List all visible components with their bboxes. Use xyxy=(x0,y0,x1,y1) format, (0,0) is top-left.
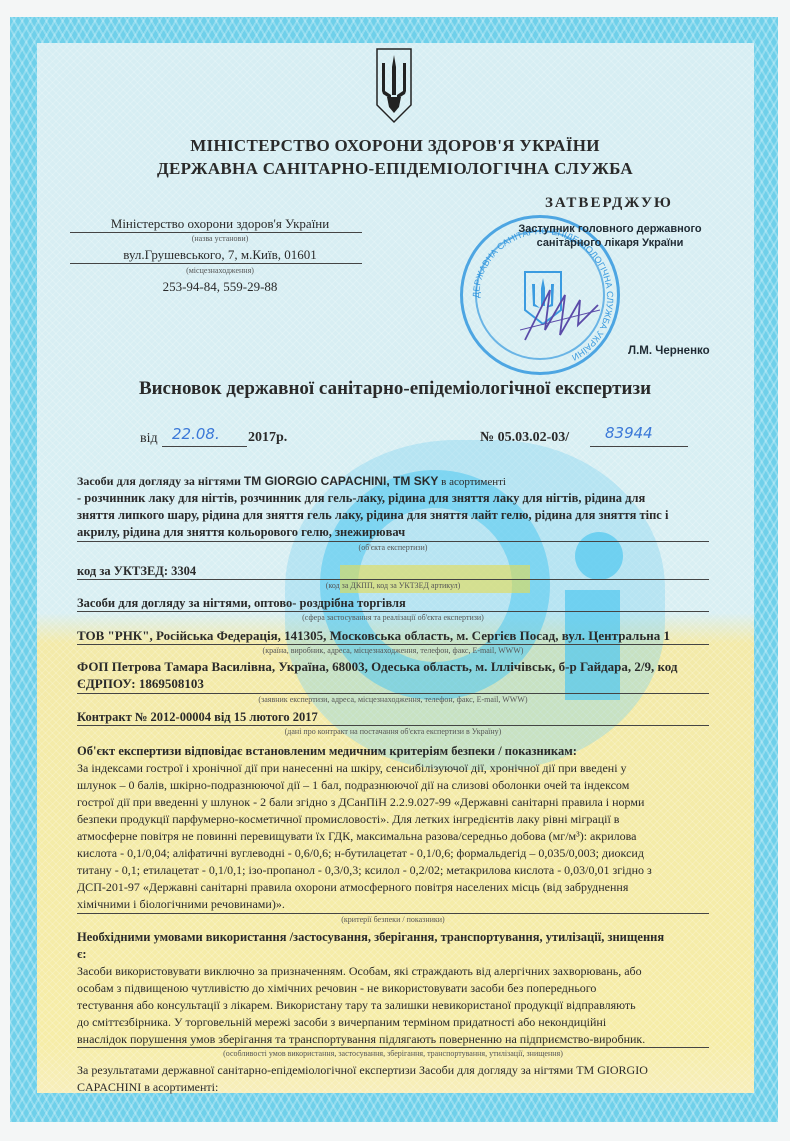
divider xyxy=(70,232,362,233)
institution-address: вул.Грушевського, 7, м.Київ, 01601 xyxy=(80,247,360,263)
divider xyxy=(77,611,709,612)
divider xyxy=(77,1047,709,1048)
date-prefix: від xyxy=(140,430,158,447)
compliance-line-3: гострої дії при введенні у шлунок - 2 ба… xyxy=(77,794,713,811)
applicant-line-2: ЄДРПОУ: 1869508103 xyxy=(77,675,713,692)
conditions-line-1: Засоби використовувати виключно за призн… xyxy=(77,963,713,980)
institution-name-caption: (назва установи) xyxy=(80,234,360,243)
signer-title: Заступник головного державного санітарно… xyxy=(500,222,720,250)
divider xyxy=(77,579,709,580)
code-caption: (код за ДКПП, код за УКТЗЕД артикул) xyxy=(77,581,709,590)
compliance-line-2: шлунок – 0 балів, шкірно-подразнюючої ді… xyxy=(77,777,713,794)
number-prefix: № 05.03.02-03/ xyxy=(480,430,569,446)
compliance-line-9: хімічними і біологічними речовинами)». xyxy=(77,896,713,913)
divider xyxy=(77,725,709,726)
institution-address-caption: (місцезнаходження) xyxy=(80,266,360,275)
conclusion-line-2: CAPACHINI в асортименті: xyxy=(77,1079,713,1096)
divider xyxy=(77,644,709,645)
compliance-line-6: кислота - 0,1/0,04; аліфатичні вуглеводн… xyxy=(77,845,713,862)
scope-caption: (сфера застосування та реалізації об'єкт… xyxy=(77,613,709,622)
service-heading: ДЕРЖАВНА САНІТАРНО-ЕПІДЕМІОЛОГІЧНА СЛУЖБ… xyxy=(0,159,790,179)
document-title: Висновок державної санітарно-епідеміолог… xyxy=(0,378,790,400)
compliance-heading: Об'єкт експертизи відповідає встановлени… xyxy=(77,743,713,760)
divider xyxy=(77,541,709,542)
contract-caption: (дані про контракт на постачання об'єкта… xyxy=(77,727,709,736)
compliance-line-5: атмосферне повітря не повинні перевищува… xyxy=(77,828,713,845)
date-year: 2017р. xyxy=(248,430,287,446)
compliance-line-4: безпеки продукції парфумерно-косметичної… xyxy=(77,811,713,828)
approval-label: ЗАТВЕРДЖУЮ xyxy=(545,195,673,212)
signer-title-line1: Заступник головного державного xyxy=(500,222,720,236)
date-handwritten: 22.08. xyxy=(172,425,220,443)
object-suffix: в асортименті xyxy=(438,476,506,488)
object-heading: Засоби для догляду за нігтями TM GIORGIO… xyxy=(77,473,713,491)
object-prefix: Засоби для догляду за нігтями xyxy=(77,474,244,488)
applicant-caption: (заявник експертизи, адреса, місцезнаход… xyxy=(77,695,709,704)
compliance-caption: (критерії безпеки / показники) xyxy=(77,915,709,924)
number-underline xyxy=(590,446,688,447)
trident-coat-of-arms-icon xyxy=(375,47,413,124)
institution-phones: 253-94-84, 559-29-88 xyxy=(80,279,360,295)
institution-name: Міністерство охорони здоров'я України xyxy=(80,216,360,232)
number-handwritten: 83944 xyxy=(605,424,653,442)
conditions-line-5: внаслідок порушення умов зберігання та т… xyxy=(77,1031,713,1048)
manufacturer-caption: (країна, виробник, адреса, місцезнаходже… xyxy=(77,646,709,655)
applicant-line-1: ФОП Петрова Тамара Василівна, Україна, 6… xyxy=(77,658,713,675)
compliance-line-8: ДСП-201-97 «Державні санітарні правила о… xyxy=(77,879,713,896)
compliance-line-7: титану - 0,1; етилацетат - 0,1/0,1; ізо-… xyxy=(77,862,713,879)
conditions-line-3: тестування або консультації з лікарем. В… xyxy=(77,997,713,1014)
ministry-heading: МІНІСТЕРСТВО ОХОРОНИ ЗДОРОВ'Я УКРАЇНИ xyxy=(0,136,790,156)
divider xyxy=(77,913,709,914)
object-line-3: акрилу, рідина для зняття кольорового ге… xyxy=(77,524,713,541)
signer-title-line2: санітарного лікаря України xyxy=(500,236,720,250)
conclusion-line-1: За результатами державної санітарно-епід… xyxy=(77,1062,713,1079)
signer-name: Л.М. Черненко xyxy=(628,345,710,357)
object-line-1: - розчинник лаку для нігтів, розчинник д… xyxy=(77,490,713,507)
object-brands: TM GIORGIO CAPACHINI, TM SKY xyxy=(244,474,438,488)
signature xyxy=(520,280,600,350)
compliance-line-1: За індексами гострої і хронічної дії при… xyxy=(77,760,713,777)
scope-text: Засоби для догляду за нігтями, оптово- р… xyxy=(77,595,713,612)
object-caption: (об'єкта експертизи) xyxy=(77,543,709,552)
contract-text: Контракт № 2012-00004 від 15 лютого 2017 xyxy=(77,709,713,726)
conditions-line-2: особам з підвищеною чутливістю до хімічн… xyxy=(77,980,713,997)
conditions-heading-1: Необхідними умовами використання /застос… xyxy=(77,929,713,946)
object-line-2: зняття липкого шару, рідина для зняття г… xyxy=(77,507,713,524)
divider xyxy=(70,263,362,264)
code-text: код за УКТЗЕД: 3304 xyxy=(77,563,713,580)
manufacturer-text: ТОВ "РНК", Російська Федерація, 141305, … xyxy=(77,627,713,644)
conditions-caption: (особливості умов використання, застосув… xyxy=(77,1049,709,1058)
conditions-heading-2: є: xyxy=(77,946,713,963)
divider xyxy=(77,693,709,694)
conditions-line-4: до сміттєзбірника. У торговельній мережі… xyxy=(77,1014,713,1031)
date-underline xyxy=(162,446,247,447)
